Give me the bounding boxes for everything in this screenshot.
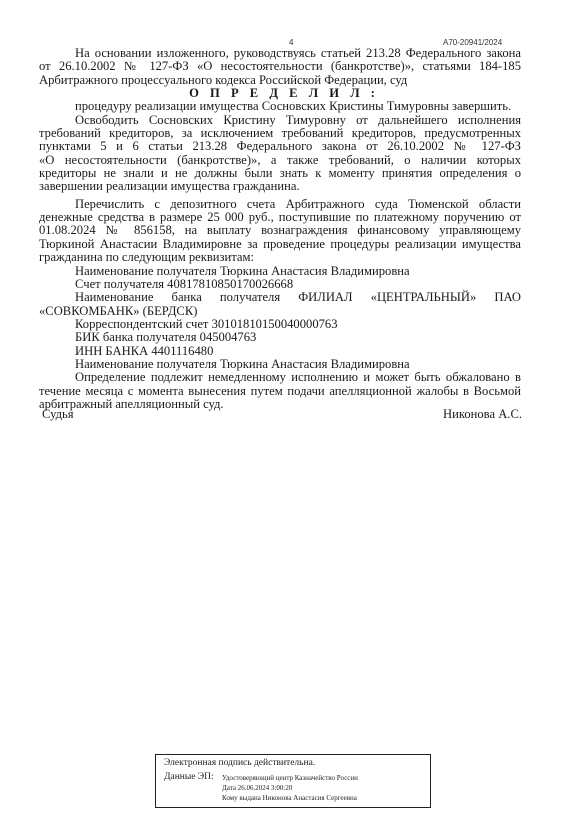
appeal-paragraph: Определение подлежит немедленному исполн… bbox=[39, 371, 521, 411]
e-signature-issued-to: Кому выдана Никонова Анастасия Сергеевна bbox=[222, 793, 358, 803]
requisite-bik: БИК банка получателя 045004763 bbox=[39, 331, 521, 344]
decision-item-2-text: Освободить Сосновских Кристину Тимуровну… bbox=[39, 113, 521, 154]
requisite-inn: ИНН БАНКА 4401116480 bbox=[39, 345, 521, 358]
decision-item-3: Перечислить с депозитного счета Арбитраж… bbox=[39, 198, 521, 265]
e-signature-issuer: Удостоверяющий центр Казначейство России bbox=[222, 773, 358, 783]
decision-item-2-law: 127-ФЗ bbox=[482, 139, 521, 153]
e-signature-label: Данные ЭП: bbox=[164, 772, 214, 782]
intro-paragraph: На основании изложенного, руководствуясь… bbox=[39, 47, 521, 87]
judge-name: Никонова А.С. bbox=[443, 407, 522, 422]
e-signature-valid: Электронная подпись действительна. bbox=[164, 758, 315, 768]
judge-role: Судья bbox=[42, 407, 74, 422]
e-signature-details: Удостоверяющий центр Казначейство России… bbox=[222, 773, 358, 803]
e-signature-stamp: Электронная подпись действительна. Данны… bbox=[155, 754, 431, 808]
decision-title: О П Р Е Д Е Л И Л : bbox=[39, 87, 521, 100]
decision-item-1: процедуру реализации имущества Сосновски… bbox=[39, 100, 521, 113]
requisite-bank-name: Наименование банка получателя ФИЛИАЛ «ЦЕ… bbox=[39, 291, 521, 304]
decision-item-2: Освободить Сосновских Кристину Тимуровну… bbox=[39, 114, 521, 154]
signature-row: Судья Никонова А.С. bbox=[42, 407, 522, 422]
document-page: 4 А70-20941/2024 На основании изложенног… bbox=[0, 0, 587, 832]
requisite-recipient-account: Счет получателя 40817810850170026668 bbox=[39, 278, 521, 291]
requisite-recipient-name: Наименование получателя Тюркина Анастаси… bbox=[39, 265, 521, 278]
requisite-corr-account: Корреспондентский счет 30101810150040000… bbox=[39, 318, 521, 331]
e-signature-date: Дата 26.06.2024 3:00:20 bbox=[222, 783, 358, 793]
document-body: На основании изложенного, руководствуясь… bbox=[39, 47, 521, 411]
requisite-recipient-name-2: Наименование получателя Тюркина Анастаси… bbox=[39, 358, 521, 371]
decision-item-2-cont: «О несостоятельности (банкротстве)», а т… bbox=[39, 154, 521, 194]
requisite-bank-name-cont: «СОВКОМБАНК» (БЕРДСК) bbox=[39, 305, 521, 318]
